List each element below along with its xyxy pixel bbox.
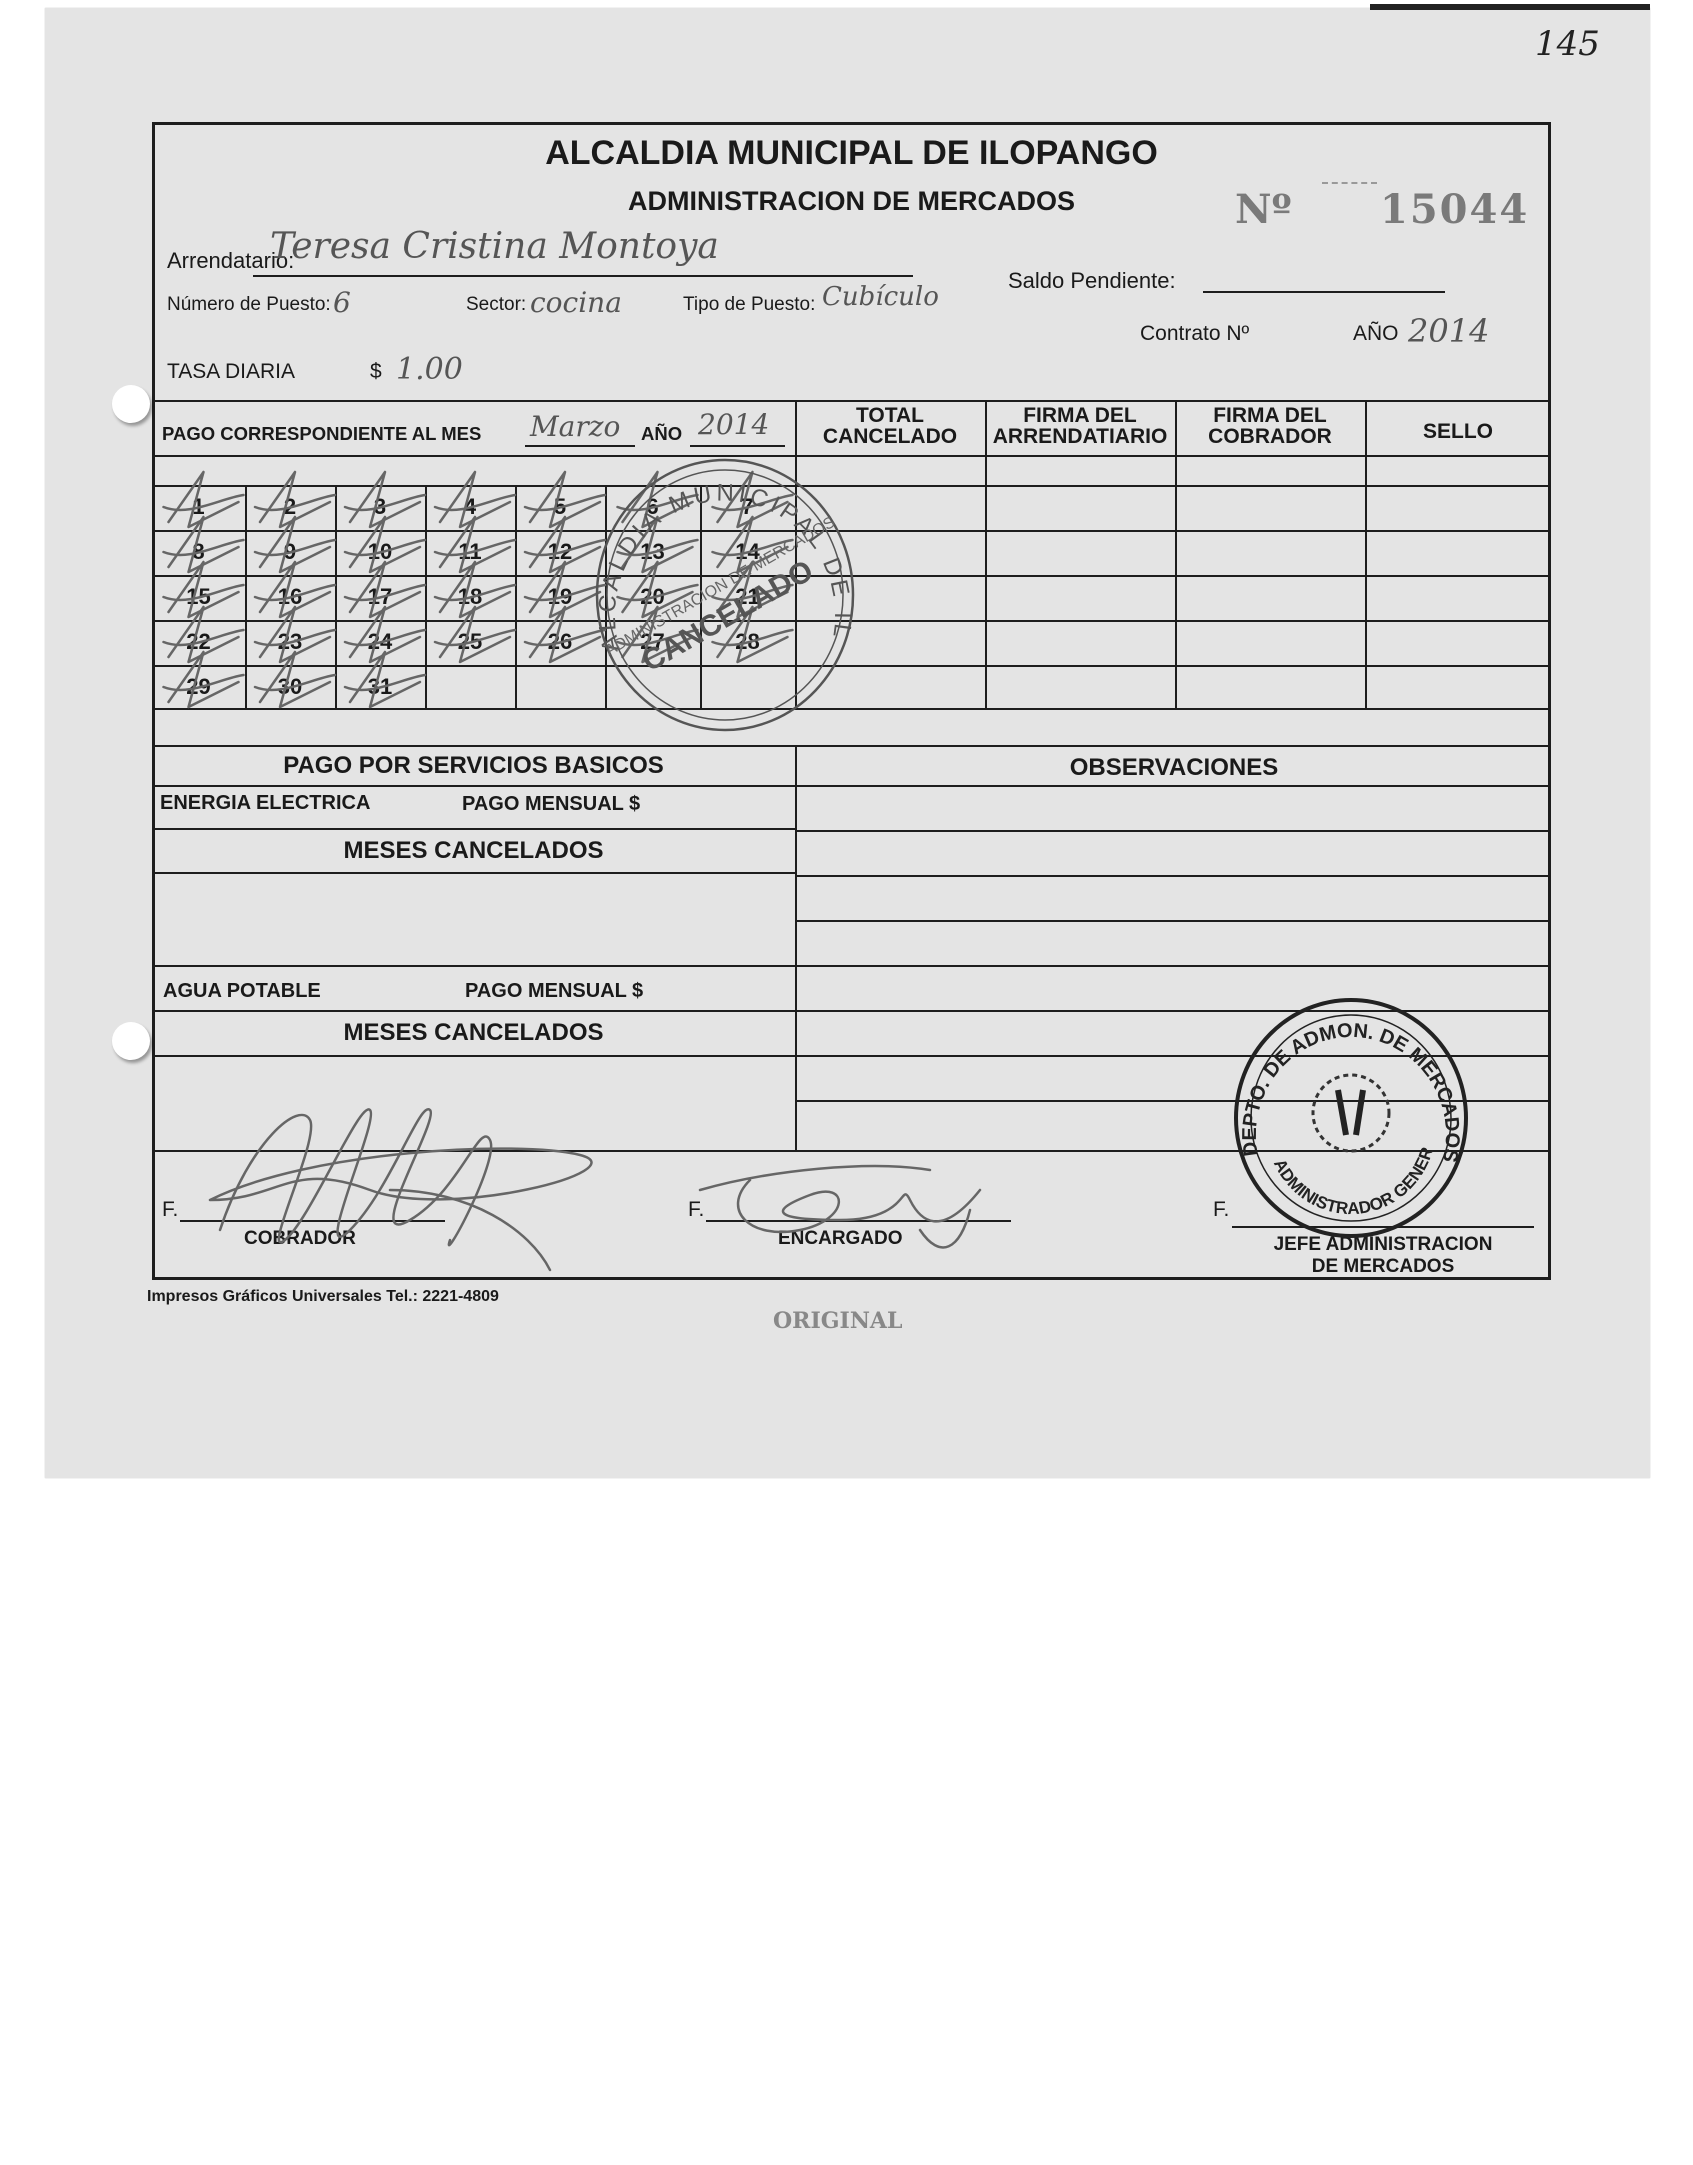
line [152, 965, 795, 967]
column-header: SELLO [1365, 421, 1551, 442]
line [152, 400, 1551, 402]
water-months-label: MESES CANCELADOS [152, 1019, 795, 1047]
energy-months-label: MESES CANCELADOS [152, 837, 795, 865]
admin-seal: DEPTO. DE ADMON. DE MERCADOS ADMINISTRAD… [1228, 995, 1478, 1245]
receipt-number-label: Nº [1235, 186, 1292, 233]
tasa-value[interactable]: 1.00 [396, 352, 463, 387]
tasa-label: TASA DIARIA [167, 360, 295, 384]
column-header: FIRMA DEL ARRENDATIARIO [985, 405, 1175, 447]
saldo-line [1203, 291, 1445, 293]
year-line [690, 445, 785, 447]
line [152, 1055, 795, 1057]
observation-line[interactable] [795, 920, 1551, 922]
form-subtitle: ADMINISTRACION DE MERCADOS [152, 186, 1551, 217]
water-label: AGUA POTABLE [163, 980, 321, 1003]
month-line [525, 445, 635, 447]
contrato-value[interactable] [1258, 322, 1318, 346]
sector-label: Sector: [466, 294, 526, 316]
hole-punch [112, 1022, 150, 1060]
handwritten-page-number: 145 [1535, 24, 1600, 64]
sector-value[interactable]: cocina [530, 286, 622, 319]
hole-punch [112, 385, 150, 423]
cobrador-signature [190, 1080, 610, 1280]
receipt-number: 15044 [1380, 186, 1529, 233]
printer-credit: Impresos Gráficos Universales Tel.: 2221… [147, 1288, 499, 1306]
saldo-value[interactable] [1210, 266, 1440, 290]
payment-year-label: AÑO [641, 423, 682, 445]
jefe-prefix: F. [1213, 1198, 1229, 1222]
payment-year-value[interactable]: 2014 [698, 408, 769, 441]
form-title: ALCALDIA MUNICIPAL DE ILOPANGO [152, 134, 1551, 173]
column-header: TOTAL CANCELADO [795, 405, 985, 447]
numero-puesto-value[interactable]: 6 [333, 286, 351, 319]
payment-month-value[interactable]: Marzo [530, 410, 620, 443]
arrendatario-value[interactable]: Teresa Cristina Montoya [270, 226, 719, 267]
copy-label: ORIGINAL [773, 1308, 902, 1334]
tipo-puesto-value[interactable]: Cubículo [822, 282, 939, 312]
jefe-label-line2: DE MERCADOS [1232, 1256, 1534, 1278]
contrato-label: Contrato Nº [1140, 322, 1249, 346]
column-divider [1365, 400, 1367, 708]
energy-payment-label: PAGO MENSUAL $ [462, 793, 640, 816]
line [152, 828, 795, 830]
divider [795, 745, 797, 1150]
water-payment-input[interactable] [680, 976, 780, 1002]
numero-puesto-label: Número de Puesto: [167, 294, 331, 316]
column-divider [1175, 400, 1177, 708]
anio-label: AÑO [1353, 322, 1399, 346]
svg-text:DEPTO. DE ADMON. DE MERCADOS: DEPTO. DE ADMON. DE MERCADOS [1239, 1020, 1463, 1164]
number-dash [1322, 182, 1377, 184]
anio-value[interactable]: 2014 [1408, 312, 1489, 350]
line [152, 745, 1551, 747]
encargado-signature [690, 1150, 990, 1260]
water-payment-label: PAGO MENSUAL $ [465, 980, 643, 1003]
saldo-label: Saldo Pendiente: [1008, 268, 1176, 294]
energy-months-area[interactable] [160, 876, 790, 956]
tipo-puesto-label: Tipo de Puesto: [683, 294, 815, 316]
paper-top-edge [1370, 4, 1650, 10]
tasa-currency: $ [370, 360, 382, 384]
observation-line[interactable] [795, 965, 1551, 967]
observation-line[interactable] [795, 830, 1551, 832]
arrendatario-line [253, 275, 913, 277]
services-title: PAGO POR SERVICIOS BASICOS [152, 752, 795, 780]
column-header: FIRMA DEL COBRADOR [1175, 405, 1365, 447]
payment-month-label: PAGO CORRESPONDIENTE AL MES [162, 423, 481, 445]
line [152, 1010, 795, 1012]
observations-title: OBSERVACIONES [797, 754, 1551, 782]
observation-line[interactable] [795, 875, 1551, 877]
column-divider [985, 400, 987, 708]
cobrador-prefix: F. [162, 1198, 178, 1222]
cancelado-stamp: ALCALDIA MUNICIPAL DE ILOPANGO ADMINISTR… [580, 450, 880, 750]
energy-payment-input[interactable] [680, 790, 780, 816]
energy-label: ENERGIA ELECTRICA [160, 792, 370, 815]
line [152, 872, 795, 874]
line [152, 785, 1551, 787]
